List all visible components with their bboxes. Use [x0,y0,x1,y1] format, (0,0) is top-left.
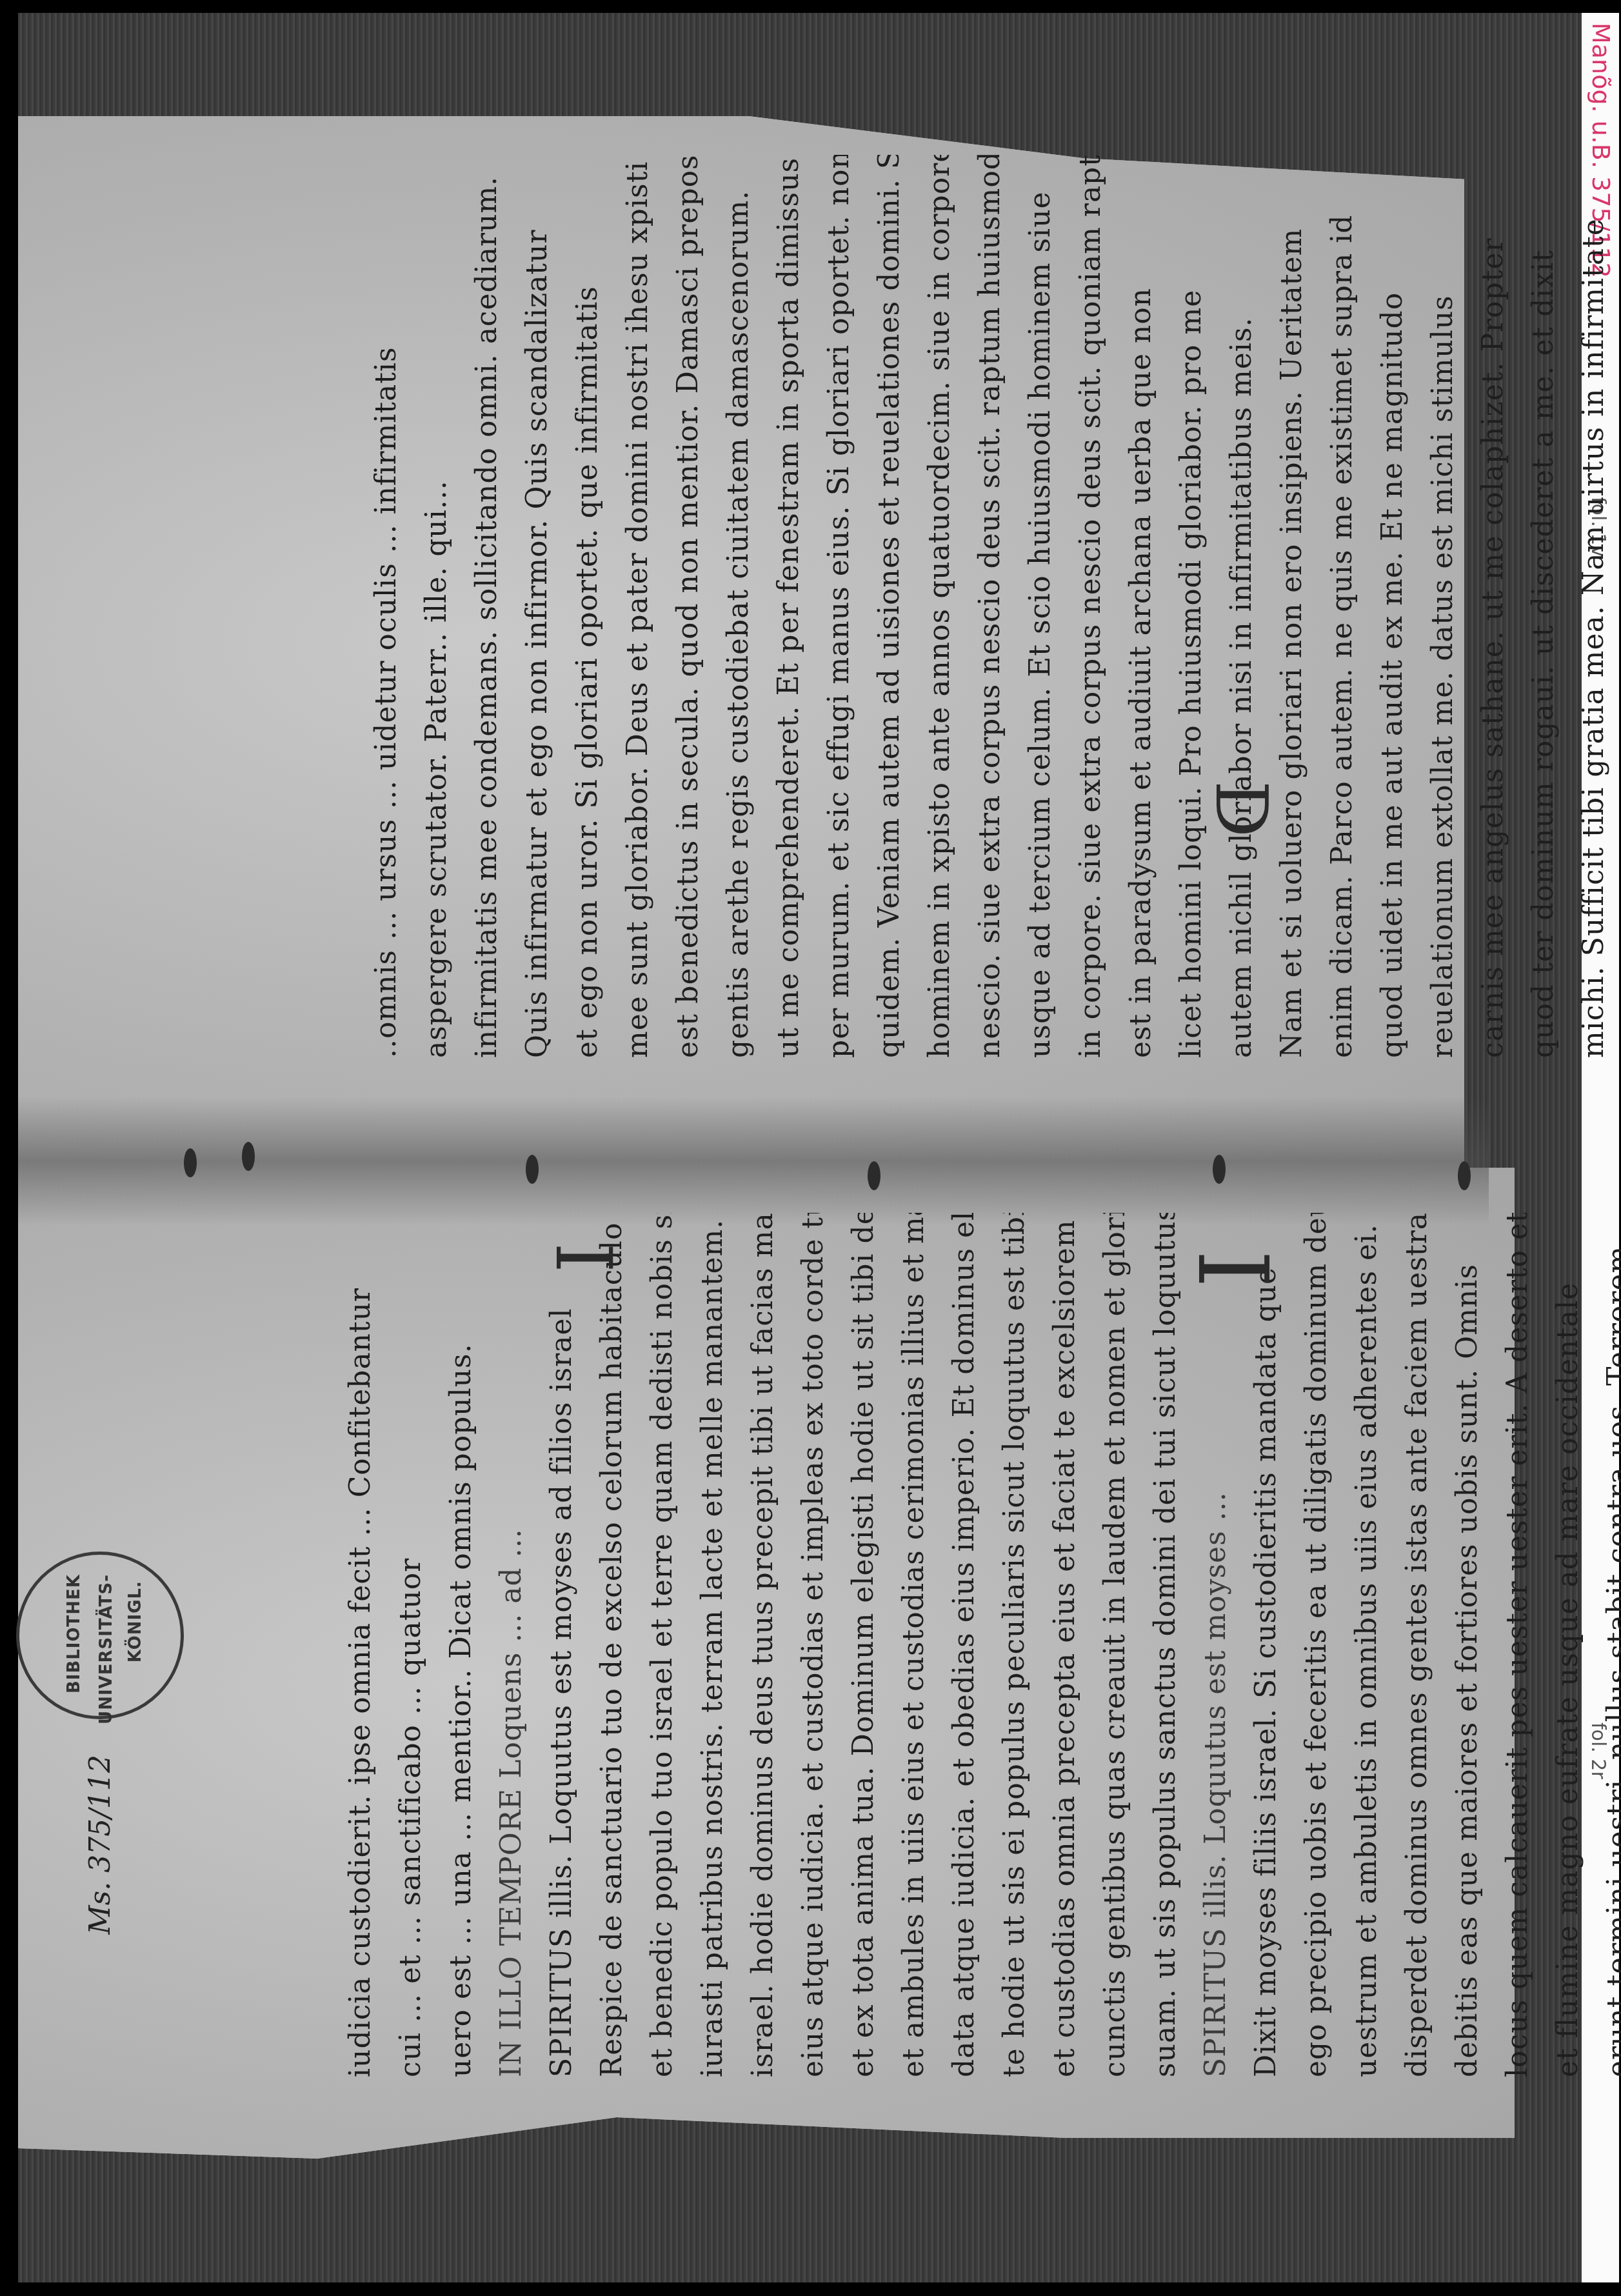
text-block-verso: ..omnis ... ursus ... uidetur oculis ...… [361,155,1458,1058]
sewing-hole [184,1148,197,1177]
text-line: usque ad tercium celum. Et scio huiusmod… [1015,155,1066,1058]
text-line: uestrum et ambuletis in omnibus uiis eiu… [1342,1213,1392,2077]
text-line: Dixit moyses filiis israel. Si custodier… [1241,1213,1291,2077]
text-line: gentis arethe regis custodiebat ciuitate… [713,155,764,1058]
text-line: hominem in xpisto ante annos quatuordeci… [915,155,965,1058]
decorated-initial-i: I [1176,1250,1288,1288]
text-line: quidem. Veniam autem ad uisiones et reue… [864,155,915,1058]
stamp-text-line3: BIBLIOTHEK [65,1574,84,1693]
binding-fold [18,1097,1489,1226]
text-line: est in paradysum et audiuit archana uerb… [1116,155,1166,1058]
text-line: reuelationum extollat me. datus est mich… [1418,155,1468,1058]
text-line: enim dicam. Parco autem. ne quis me exis… [1317,155,1367,1058]
text-line: iudicia custodierit. ipse omnia fecit ..… [335,1213,386,2077]
text-line: mee sunt gloriabor. Deus et pater domini… [613,155,663,1058]
text-line: quod uidet in me aut audit ex me. Et ne … [1367,155,1418,1058]
rubric-line: SPIRITUS illis. Loquutus est moyses ... [1191,1213,1241,2077]
text-line: Nam et si uoluero gloriari non ero insip… [1267,155,1317,1058]
text-line: ..omnis ... ursus ... uidetur oculis ...… [361,155,412,1058]
text-line: ut me comprehenderet. Et per fenestram i… [764,155,814,1058]
text-line: eius atque iudicia. et custodias et impl… [788,1213,839,2077]
text-line: Respice de sanctuario tuo de excelso cel… [587,1213,637,2077]
text-line: et custodias omnia precepta eius et faci… [1040,1213,1090,2077]
text-line: et ex tota anima tua. Dominum elegisti h… [839,1213,889,2077]
text-line: israel. hodie dominus deus tuus precepit… [738,1213,788,2077]
text-line: iurasti patribus nostris. terram lacte e… [688,1213,738,2077]
handwritten-shelfmark: Ms. 375/112 [84,1755,117,1934]
rubric-line: IN ILLO TEMPORE Loquens ... ad ... [486,1213,537,2077]
sewing-hole [242,1142,255,1171]
sewing-hole [1213,1155,1226,1184]
text-line: et benedic populo tuo israel et terre qu… [637,1213,688,2077]
stamp-text-line1: KÖNIGL. [126,1581,145,1662]
text-line: et flumine magno eufrate usque ad mare o… [1543,1213,1593,2077]
text-line: SPIRITUS illis. Loquutus est moyses ad f… [537,1213,587,2077]
text-line: est benedictus in secula. quod non menti… [663,155,713,1058]
text-line: debitis eas que maiores et fortiores uob… [1442,1213,1493,2077]
text-line: autem nichil gloriabor nisi in infirmita… [1217,155,1267,1058]
sewing-hole [1458,1161,1471,1190]
stamp-text-line2: UNIVERSITÄTS- [97,1574,116,1724]
text-line: nescio. siue extra corpus nescio deus sc… [965,155,1015,1058]
scanned-page: Manõg. u.B. 375/112 fol. 1v fol. 2r ..om… [0,0,1621,2296]
text-line: locus quem calcauerit pes uester uester … [1493,1213,1543,2077]
decorated-initial-i: I [538,1243,628,1273]
text-line: data atque iudicia. et obedias eius impe… [939,1213,990,2077]
text-line: et ego non uror. Si gloriari oportet. qu… [562,155,613,1058]
text-line: ego precipio uobis et feceritis ea ut di… [1291,1213,1342,2077]
sewing-hole [526,1155,539,1184]
text-line: et ambules in uiis eius et custodias cer… [889,1213,939,2077]
text-line: suam. ut sis populus sanctus domini dei … [1140,1213,1191,2077]
text-line: disperdet dominus omnes gentes istas ant… [1392,1213,1442,2077]
text-line: aspergere scrutator. Paterr.. ille. qui.… [412,155,462,1058]
decorated-initial-d: D [1200,781,1282,837]
text-line: cui ... et ... sanctificabo ... quatuor [386,1213,436,2077]
text-line: Quis infirmatur et ego non infirmor. Qui… [512,155,562,1058]
text-line: infirmitatis mee condemans. sollicitando… [462,155,512,1058]
text-line: licet homini loqui. Pro huiusmodi gloria… [1166,155,1217,1058]
text-line: te hodie ut sis ei populus peculiaris si… [990,1213,1040,2077]
text-line: uero est ... una ... mentior.. Dicat omn… [436,1213,486,2077]
text-block-recto: iudicia custodierit. ipse omnia fecit ..… [335,1213,1445,2077]
text-line: carnis mee angelus sathane. ut me colaph… [1468,155,1518,1058]
text-line: cunctis gentibus quas creauit in laudem … [1090,1213,1140,2077]
text-line: michi. Sufficit tibi gratia mea. Nam uir… [1569,155,1619,1058]
sewing-hole [868,1161,880,1190]
text-line: quod ter dominum rogaui. ut discederet a… [1518,155,1569,1058]
text-line: erunt termini uestri. nullus stabit cont… [1593,1213,1621,2077]
text-line: per murum. et sic effugi manus eius. Si … [814,155,864,1058]
text-line: in corpore. siue extra corpus nescio deu… [1066,155,1116,1058]
